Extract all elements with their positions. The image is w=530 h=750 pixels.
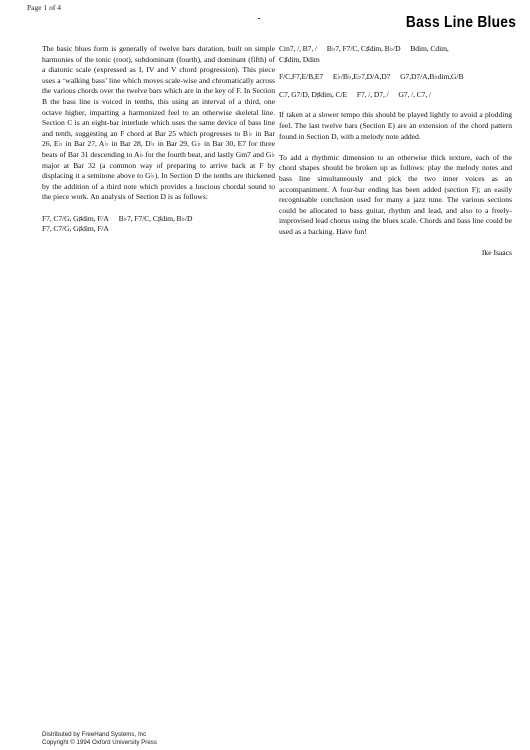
chord-group: F7, C7/G, G♯dim, F/A	[42, 224, 109, 233]
chord-group: Bdim, Cdim,	[410, 44, 448, 53]
chord-line-2: F/C,F7,E/B,E7 E♭/B♭,E♭7,D/A,D7 G7,D7/A,B…	[279, 72, 512, 83]
section-d-analysis-line-1: F7, C7/G, G♯dim, F/A B♭7, F7/C, C♯dim, B…	[42, 214, 275, 225]
chord-progression-block: Cm7, /, B7, / B♭7, F7/C, C♯dim, B♭/D Bdi…	[279, 44, 512, 100]
chord-line-1-cont: C♯dim, Ddim	[279, 55, 512, 66]
chord-group: G7, /, C7, /	[398, 90, 431, 99]
chord-line-1: Cm7, /, B7, / B♭7, F7/C, C♯dim, B♭/D Bdi…	[279, 44, 512, 55]
chord-group: F7, /, D7, /	[357, 90, 389, 99]
chord-group: F/C,F7,E/B,E7	[279, 72, 323, 81]
chord-group: F7, C7/G, G♯dim, F/A	[42, 214, 109, 223]
document-title: Bass Line Blues	[406, 14, 516, 32]
chord-group: Cm7, /, B7, /	[279, 44, 317, 53]
footer: Distributed by FreeHand Systems, Inc Cop…	[42, 731, 157, 747]
rhythm-paragraph: To add a rhythmic dimension to an otherw…	[279, 153, 512, 238]
scan-mark	[258, 18, 260, 19]
page-number: Page 1 of 4	[27, 3, 61, 12]
chord-group: G7,D7/A,B♭dim,G/B	[400, 72, 463, 81]
chord-line-3: C7, G7/D, D♯dim, C/E F7, /, D7, / G7, /,…	[279, 90, 512, 101]
copyright-line: Copyright © 1994 Oxford University Press	[42, 739, 157, 747]
section-d-analysis-line-2: F7, C7/G, G♯dim, F/A	[42, 224, 275, 235]
intro-paragraph: The basic blues form is generally of twe…	[42, 44, 275, 203]
chord-group: C♯dim, Ddim	[279, 55, 320, 64]
tempo-paragraph: If taken at a slower tempo this should b…	[279, 110, 512, 142]
chord-group: E♭/B♭,E♭7,D/A,D7	[333, 72, 390, 81]
left-column: The basic blues form is generally of twe…	[42, 44, 275, 235]
chord-group: C7, G7/D, D♯dim, C/E	[279, 90, 347, 99]
chord-group: B♭7, F7/C, C♯dim, B♭/D	[119, 214, 193, 223]
chord-group: B♭7, F7/C, C♯dim, B♭/D	[327, 44, 401, 53]
author-signature: Ike Isaacs	[279, 248, 512, 259]
right-column: Cm7, /, B7, / B♭7, F7/C, C♯dim, B♭/D Bdi…	[279, 44, 512, 259]
distributor-line: Distributed by FreeHand Systems, Inc	[42, 731, 157, 739]
